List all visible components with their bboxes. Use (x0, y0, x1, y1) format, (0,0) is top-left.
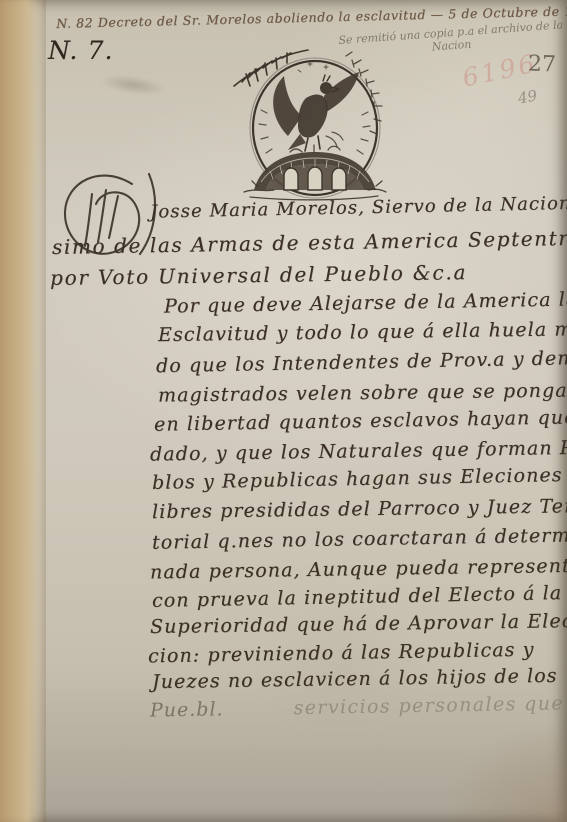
body-line: cion: previniendo á las Republicas y (148, 639, 535, 668)
insurgent-eagle-seal-icon (228, 40, 400, 202)
heading-line-3: por Voto Universal del Pueblo &c.a (50, 260, 468, 290)
eagle-icon (273, 72, 359, 151)
body-line: do que los Intendentes de Prov.a y demas (156, 347, 567, 378)
faded-line-start: Pue.bl. (150, 698, 224, 721)
body-line: Por que deve Alejarse de la America la (164, 288, 567, 317)
body-line: Esclavitud y todo lo que á ella huela ma… (158, 318, 567, 346)
body-line: magistrados velen sobre que se pongan (158, 379, 567, 406)
body-line: en libertad quantos esclavos hayan que- (154, 406, 567, 436)
body-line: Superioridad que há de Aprovar la Elec- (150, 610, 567, 638)
folio-number-faint: 49 (517, 86, 539, 107)
body-line: torial q.nes no los coarctaran á determi… (152, 524, 567, 554)
body-line: con prueva la ineptitud del Electo á la (152, 582, 563, 612)
folio-number-pencil: 27 (528, 52, 557, 78)
file-number: N. 7. (48, 36, 114, 65)
body-line: nada persona, Aunque pueda representar (150, 555, 567, 584)
binding-edge (0, 0, 46, 822)
faint-pencil-smudge (87, 66, 180, 104)
faded-line-rest: servicios personales que (293, 692, 564, 719)
manuscript-page: N. 82 Decreto del Sr. Morelos aboliendo … (0, 0, 567, 822)
body-line: dado, y que los Naturales que forman Pue… (150, 436, 567, 465)
body-line: blos y Republicas hagan sus Eleciones (152, 464, 563, 494)
bridge-icon (254, 152, 376, 190)
sparkle-marks (298, 62, 328, 72)
body-line: Juezes no esclavicen á los hijos de los (152, 665, 558, 693)
body-line: libres presididas del Parroco y Juez Ter… (152, 495, 567, 523)
